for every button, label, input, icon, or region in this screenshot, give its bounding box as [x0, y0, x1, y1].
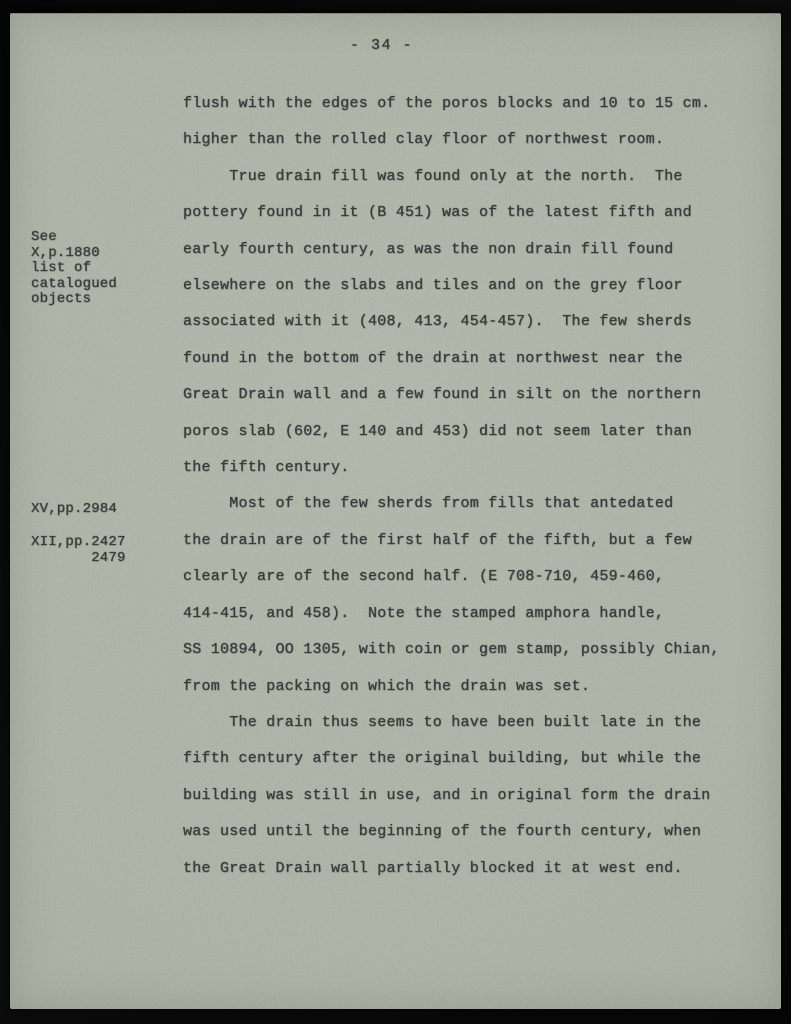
text-line: poros slab (602, E 140 and 453) did not … — [183, 414, 720, 450]
text-line: found in the bottom of the drain at nort… — [183, 341, 720, 377]
text-line: elsewhere on the slabs and tiles and on … — [183, 268, 720, 304]
text-line: higher than the rolled clay floor of nor… — [183, 122, 720, 158]
text-line: associated with it (408, 413, 454-457). … — [183, 304, 720, 340]
text-line: See — [31, 230, 117, 246]
text-line: list of — [31, 261, 117, 277]
text-line: 2479 — [31, 551, 126, 567]
text-line: the fifth century. — [183, 450, 720, 486]
text-line: pottery found in it (B 451) was of the l… — [183, 195, 720, 231]
text-line: Most of the few sherds from fills that a… — [183, 486, 720, 522]
page-number: - 34 - — [350, 37, 413, 54]
text-line: The drain thus seems to have been built … — [183, 705, 720, 741]
margin-note-xii-reference: XII,pp.2427 2479 — [31, 535, 126, 566]
text-line: objects — [31, 292, 117, 308]
text-line: SS 10894, OO 1305, with coin or gem stam… — [183, 632, 720, 668]
text-line: 414-415, and 458). Note the stamped amph… — [183, 596, 720, 632]
text-line: building was still in use, and in origin… — [183, 778, 720, 814]
text-line: True drain fill was found only at the no… — [183, 159, 720, 195]
text-line: X,p.1880 — [31, 246, 117, 262]
margin-note-xv-reference: XV,pp.2984 — [31, 502, 117, 518]
text-line: XV,pp.2984 — [31, 502, 117, 518]
scan-border: - 34 - SeeX,p.1880list ofcataloguedobjec… — [0, 0, 791, 1024]
text-line: flush with the edges of the poros blocks… — [183, 86, 720, 122]
document-page: - 34 - SeeX,p.1880list ofcataloguedobjec… — [10, 13, 781, 1009]
text-line: early fourth century, as was the non dra… — [183, 232, 720, 268]
typewritten-body-text: flush with the edges of the poros blocks… — [183, 86, 720, 887]
text-line: XII,pp.2427 — [31, 535, 126, 551]
text-line: clearly are of the second half. (E 708-7… — [183, 559, 720, 595]
text-line: Great Drain wall and a few found in silt… — [183, 377, 720, 413]
text-line: fifth century after the original buildin… — [183, 741, 720, 777]
text-line: from the packing on which the drain was … — [183, 669, 720, 705]
text-line: was used until the beginning of the four… — [183, 814, 720, 850]
text-line: the Great Drain wall partially blocked i… — [183, 851, 720, 887]
margin-note-catalogued-objects: SeeX,p.1880list ofcataloguedobjects — [31, 230, 117, 308]
text-line: the drain are of the first half of the f… — [183, 523, 720, 559]
